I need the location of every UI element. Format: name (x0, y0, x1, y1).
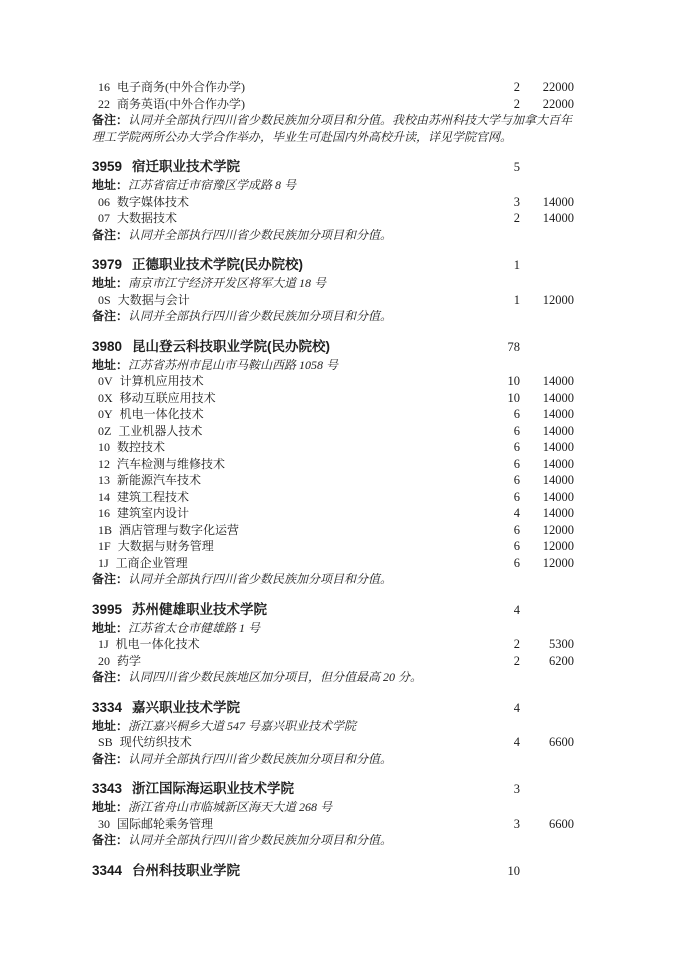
major-name-cell: 0V计算机应用技术 (98, 373, 474, 390)
major-name-cell: 12汽车检测与维修技术 (98, 456, 474, 473)
remark-text: 认同四川省少数民族地区加分项目，但分值最高 20 分。 (128, 670, 422, 684)
college-code: 3334 (92, 700, 122, 715)
college-total: 4 (474, 601, 520, 620)
major-code: 16 (98, 80, 110, 94)
address-text: 江苏省太仓市健雄路 1 号 (128, 621, 260, 635)
college-total: 78 (474, 338, 520, 357)
address-text: 浙江嘉兴桐乡大道 547 号嘉兴职业技术学院 (128, 719, 356, 733)
major-code: 0Y (98, 407, 113, 421)
major-count: 4 (474, 505, 520, 522)
major-row: 20药学 2 6200 (92, 653, 574, 670)
major-fee: 14000 (520, 406, 574, 423)
remark-text: 认同并全部执行四川省少数民族加分项目和分值。 (128, 833, 392, 847)
college-name: 浙江国际海运职业技术学院 (132, 781, 294, 796)
major-fee: 12000 (520, 555, 574, 572)
address-text: 江苏省苏州市昆山市马鞍山西路 1058 号 (128, 358, 338, 372)
college-section: 3343浙江国际海运职业技术学院 3 地址：浙江省舟山市临城新区海天大道 268… (92, 779, 574, 849)
remark-label: 备注： (92, 572, 128, 586)
major-name: 工商企业管理 (116, 556, 188, 570)
college-header: 3995苏州健雄职业技术学院 4 (92, 600, 574, 620)
major-row: 1F大数据与财务管理 6 12000 (92, 538, 574, 555)
major-row: 0Z工业机器人技术 6 14000 (92, 423, 574, 440)
college-total: 3 (474, 780, 520, 799)
major-count: 2 (474, 653, 520, 670)
major-fee: 6600 (520, 816, 574, 833)
college-total: 5 (474, 158, 520, 177)
major-name: 数字媒体技术 (117, 195, 189, 209)
major-row: 14建筑工程技术 6 14000 (92, 489, 574, 506)
major-fee: 14000 (520, 194, 574, 211)
address-line: 地址：浙江省舟山市临城新区海天大道 268 号 (92, 799, 574, 816)
major-name: 商务英语(中外合作办学) (117, 97, 245, 111)
college-name: 正德职业技术学院(民办院校) (132, 257, 303, 272)
major-name: 国际邮轮乘务管理 (117, 817, 213, 831)
major-fee: 12000 (520, 538, 574, 555)
major-count: 6 (474, 555, 520, 572)
major-code: 10 (98, 440, 110, 454)
major-name-cell: 06数字媒体技术 (98, 194, 474, 211)
remark-text: 认同并全部执行四川省少数民族加分项目和分值。我校由苏州科技大学与加拿大百年理工学… (92, 113, 572, 144)
major-row: 1B酒店管理与数字化运营 6 12000 (92, 522, 574, 539)
address-label: 地址： (92, 276, 128, 290)
major-fee: 12000 (520, 292, 574, 309)
major-name-cell: 1J机电一体化技术 (98, 636, 474, 653)
college-header: 3980昆山登云科技职业学院(民办院校) 78 (92, 337, 574, 357)
major-name: 计算机应用技术 (120, 374, 204, 388)
major-row: 10数控技术 6 14000 (92, 439, 574, 456)
college-total: 10 (474, 862, 520, 881)
major-code: SB (98, 735, 113, 749)
college-header: 3344台州科技职业学院 10 (92, 861, 574, 881)
major-row: 22商务英语(中外合作办学) 2 22000 (92, 96, 574, 113)
college-title: 3334嘉兴职业技术学院 (92, 698, 474, 717)
address-label: 地址： (92, 358, 128, 372)
major-code: 1B (98, 523, 112, 537)
major-row: 0V计算机应用技术 10 14000 (92, 373, 574, 390)
remark-text: 认同并全部执行四川省少数民族加分项目和分值。 (128, 309, 392, 323)
major-name-cell: 0S大数据与会计 (98, 292, 474, 309)
major-name-cell: 0Z工业机器人技术 (98, 423, 474, 440)
major-count: 1 (474, 292, 520, 309)
college-code: 3979 (92, 257, 122, 272)
major-name-cell: 1B酒店管理与数字化运营 (98, 522, 474, 539)
major-fee: 14000 (520, 505, 574, 522)
major-code: 12 (98, 457, 110, 471)
major-name-cell: 0Y机电一体化技术 (98, 406, 474, 423)
major-row: 07大数据技术 2 14000 (92, 210, 574, 227)
major-name: 药学 (117, 654, 141, 668)
major-name-cell: 16电子商务(中外合作办学) (98, 79, 474, 96)
major-row: 1J机电一体化技术 2 5300 (92, 636, 574, 653)
major-code: 30 (98, 817, 110, 831)
college-code: 3980 (92, 339, 122, 354)
major-code: 0X (98, 391, 113, 405)
major-fee: 6600 (520, 734, 574, 751)
major-name: 数控技术 (117, 440, 165, 454)
major-name-cell: 30国际邮轮乘务管理 (98, 816, 474, 833)
college-title: 3959宿迁职业技术学院 (92, 157, 474, 176)
college-code: 3995 (92, 602, 122, 617)
major-count: 6 (474, 456, 520, 473)
major-count: 6 (474, 439, 520, 456)
major-name: 大数据技术 (117, 211, 177, 225)
major-fee: 14000 (520, 472, 574, 489)
major-name: 新能源汽车技术 (117, 473, 201, 487)
major-row: 06数字媒体技术 3 14000 (92, 194, 574, 211)
remark-label: 备注： (92, 309, 128, 323)
remark-line: 备注：认同并全部执行四川省少数民族加分项目和分值。 (92, 832, 574, 849)
major-count: 2 (474, 210, 520, 227)
address-text: 南京市江宁经济开发区将军大道 18 号 (128, 276, 326, 290)
major-count: 10 (474, 373, 520, 390)
major-code: 0Z (98, 424, 111, 438)
major-name: 汽车检测与维修技术 (117, 457, 225, 471)
college-title: 3343浙江国际海运职业技术学院 (92, 779, 474, 798)
major-count: 3 (474, 816, 520, 833)
college-header: 3334嘉兴职业技术学院 4 (92, 698, 574, 718)
college-section: 3995苏州健雄职业技术学院 4 地址：江苏省太仓市健雄路 1 号 1J机电一体… (92, 600, 574, 686)
major-fee: 12000 (520, 522, 574, 539)
major-code: 0V (98, 374, 113, 388)
major-row: 16电子商务(中外合作办学) 2 22000 (92, 79, 574, 96)
address-label: 地址： (92, 719, 128, 733)
college-name: 苏州健雄职业技术学院 (132, 602, 267, 617)
remark-label: 备注： (92, 670, 128, 684)
college-header: 3979正德职业技术学院(民办院校) 1 (92, 255, 574, 275)
college-title: 3979正德职业技术学院(民办院校) (92, 255, 474, 274)
major-count: 2 (474, 96, 520, 113)
remark-label: 备注： (92, 752, 128, 766)
major-name-cell: 10数控技术 (98, 439, 474, 456)
major-code: 14 (98, 490, 110, 504)
major-fee: 22000 (520, 79, 574, 96)
major-code: 22 (98, 97, 110, 111)
major-count: 6 (474, 406, 520, 423)
major-count: 6 (474, 538, 520, 555)
major-count: 6 (474, 423, 520, 440)
major-code: 07 (98, 211, 110, 225)
major-fee: 14000 (520, 439, 574, 456)
major-code: 1J (98, 637, 109, 651)
college-section: 3959宿迁职业技术学院 5 地址：江苏省宿迁市宿豫区学成路 8 号 06数字媒… (92, 157, 574, 243)
remark-label: 备注： (92, 228, 128, 242)
college-code: 3343 (92, 781, 122, 796)
college-name: 台州科技职业学院 (132, 863, 240, 878)
major-name: 电子商务(中外合作办学) (117, 80, 245, 94)
address-line: 地址：江苏省宿迁市宿豫区学成路 8 号 (92, 177, 574, 194)
remark-text: 认同并全部执行四川省少数民族加分项目和分值。 (128, 228, 392, 242)
remark-line: 备注：认同并全部执行四川省少数民族加分项目和分值。我校由苏州科技大学与加拿大百年… (92, 112, 574, 145)
major-code: 0S (98, 293, 111, 307)
major-name-cell: 07大数据技术 (98, 210, 474, 227)
address-line: 地址：江苏省苏州市昆山市马鞍山西路 1058 号 (92, 357, 574, 374)
major-count: 6 (474, 522, 520, 539)
address-label: 地址： (92, 621, 128, 635)
continuation-block: 16电子商务(中外合作办学) 2 22000 22商务英语(中外合作办学) 2 … (92, 79, 574, 145)
major-count: 4 (474, 734, 520, 751)
major-name-cell: 20药学 (98, 653, 474, 670)
college-section: 3334嘉兴职业技术学院 4 地址：浙江嘉兴桐乡大道 547 号嘉兴职业技术学院… (92, 698, 574, 768)
major-name: 大数据与财务管理 (118, 539, 214, 553)
major-name-cell: 1F大数据与财务管理 (98, 538, 474, 555)
major-code: 1F (98, 539, 111, 553)
college-name: 宿迁职业技术学院 (132, 159, 240, 174)
major-name: 移动互联应用技术 (120, 391, 216, 405)
major-row: 16建筑室内设计 4 14000 (92, 505, 574, 522)
major-row: 30国际邮轮乘务管理 3 6600 (92, 816, 574, 833)
major-row: 1J工商企业管理 6 12000 (92, 555, 574, 572)
college-header: 3343浙江国际海运职业技术学院 3 (92, 779, 574, 799)
address-line: 地址：江苏省太仓市健雄路 1 号 (92, 620, 574, 637)
major-fee: 14000 (520, 210, 574, 227)
major-fee: 22000 (520, 96, 574, 113)
major-count: 2 (474, 636, 520, 653)
address-text: 江苏省宿迁市宿豫区学成路 8 号 (128, 178, 296, 192)
college-section: 3979正德职业技术学院(民办院校) 1 地址：南京市江宁经济开发区将军大道 1… (92, 255, 574, 325)
major-name-cell: SB现代纺织技术 (98, 734, 474, 751)
college-title: 3344台州科技职业学院 (92, 861, 474, 880)
address-line: 地址：浙江嘉兴桐乡大道 547 号嘉兴职业技术学院 (92, 718, 574, 735)
major-row: 12汽车检测与维修技术 6 14000 (92, 456, 574, 473)
major-name: 工业机器人技术 (118, 424, 202, 438)
major-count: 6 (474, 489, 520, 506)
remark-line: 备注：认同并全部执行四川省少数民族加分项目和分值。 (92, 751, 574, 768)
major-name-cell: 16建筑室内设计 (98, 505, 474, 522)
major-name: 酒店管理与数字化运营 (119, 523, 239, 537)
major-name: 建筑室内设计 (117, 506, 189, 520)
college-total: 4 (474, 699, 520, 718)
remark-line: 备注：认同并全部执行四川省少数民族加分项目和分值。 (92, 308, 574, 325)
major-name-cell: 13新能源汽车技术 (98, 472, 474, 489)
address-text: 浙江省舟山市临城新区海天大道 268 号 (128, 800, 332, 814)
major-name-cell: 1J工商企业管理 (98, 555, 474, 572)
address-label: 地址： (92, 800, 128, 814)
major-name-cell: 0X移动互联应用技术 (98, 390, 474, 407)
remark-label: 备注： (92, 833, 128, 847)
address-line: 地址：南京市江宁经济开发区将军大道 18 号 (92, 275, 574, 292)
college-title: 3980昆山登云科技职业学院(民办院校) (92, 337, 474, 356)
major-row: SB现代纺织技术 4 6600 (92, 734, 574, 751)
major-name: 现代纺织技术 (120, 735, 192, 749)
major-name-cell: 22商务英语(中外合作办学) (98, 96, 474, 113)
major-name: 机电一体化技术 (116, 637, 200, 651)
major-name-cell: 14建筑工程技术 (98, 489, 474, 506)
remark-text: 认同并全部执行四川省少数民族加分项目和分值。 (128, 572, 392, 586)
major-name: 建筑工程技术 (117, 490, 189, 504)
major-row: 13新能源汽车技术 6 14000 (92, 472, 574, 489)
college-header: 3959宿迁职业技术学院 5 (92, 157, 574, 177)
college-code: 3959 (92, 159, 122, 174)
college-title: 3995苏州健雄职业技术学院 (92, 600, 474, 619)
major-fee: 14000 (520, 423, 574, 440)
major-count: 10 (474, 390, 520, 407)
major-code: 13 (98, 473, 110, 487)
major-name: 机电一体化技术 (120, 407, 204, 421)
major-row: 0S大数据与会计 1 12000 (92, 292, 574, 309)
major-count: 3 (474, 194, 520, 211)
major-fee: 5300 (520, 636, 574, 653)
major-name: 大数据与会计 (118, 293, 190, 307)
major-fee: 6200 (520, 653, 574, 670)
college-name: 嘉兴职业技术学院 (132, 700, 240, 715)
remark-line: 备注：认同四川省少数民族地区加分项目，但分值最高 20 分。 (92, 669, 574, 686)
major-fee: 14000 (520, 456, 574, 473)
major-code: 20 (98, 654, 110, 668)
remark-label: 备注： (92, 113, 128, 127)
address-label: 地址： (92, 178, 128, 192)
college-section: 3344台州科技职业学院 10 (92, 861, 574, 881)
remark-line: 备注：认同并全部执行四川省少数民族加分项目和分值。 (92, 571, 574, 588)
major-count: 6 (474, 472, 520, 489)
major-count: 2 (474, 79, 520, 96)
major-code: 16 (98, 506, 110, 520)
college-name: 昆山登云科技职业学院(民办院校) (132, 339, 330, 354)
major-fee: 14000 (520, 390, 574, 407)
admission-plan-page: 16电子商务(中外合作办学) 2 22000 22商务英语(中外合作办学) 2 … (0, 0, 680, 961)
major-code: 06 (98, 195, 110, 209)
college-code: 3344 (92, 863, 122, 878)
remark-text: 认同并全部执行四川省少数民族加分项目和分值。 (128, 752, 392, 766)
major-row: 0X移动互联应用技术 10 14000 (92, 390, 574, 407)
college-section: 3980昆山登云科技职业学院(民办院校) 78 地址：江苏省苏州市昆山市马鞍山西… (92, 337, 574, 588)
remark-line: 备注：认同并全部执行四川省少数民族加分项目和分值。 (92, 227, 574, 244)
major-fee: 14000 (520, 373, 574, 390)
major-fee: 14000 (520, 489, 574, 506)
major-row: 0Y机电一体化技术 6 14000 (92, 406, 574, 423)
major-code: 1J (98, 556, 109, 570)
college-total: 1 (474, 256, 520, 275)
